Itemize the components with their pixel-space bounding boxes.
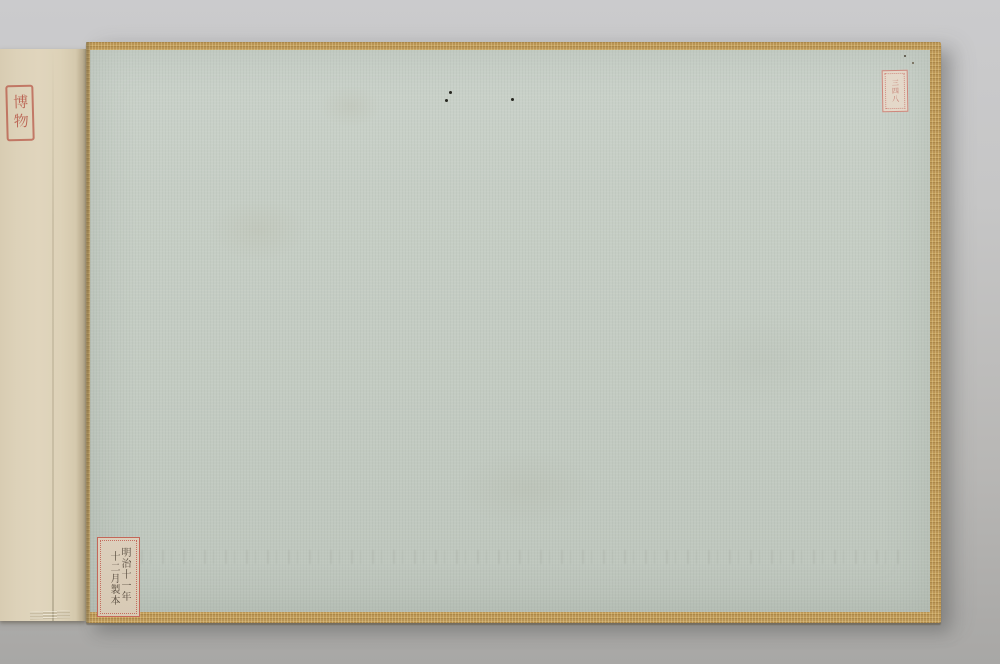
museum-seal-text: 博物 — [12, 94, 28, 132]
binding-label-text: 明治十一年 十二月製本 — [107, 541, 130, 613]
binding-date-label: 明治十一年 十二月製本 — [97, 537, 140, 617]
page-fold-line — [52, 49, 54, 621]
ink-speck — [445, 99, 448, 102]
spine-crease — [86, 42, 91, 623]
dust-speck — [904, 55, 906, 57]
museum-seal-stamp: 博物 — [5, 85, 34, 142]
cover-cloth-surface — [90, 50, 930, 612]
ink-speck — [511, 98, 514, 101]
binding-label-month: 十二月製本 — [108, 541, 118, 613]
page-stack-edges — [30, 610, 70, 619]
photo-background: 博物 三四八 明治十一年 十二月製本 — [0, 0, 1000, 664]
dust-speck — [912, 62, 914, 64]
binding-label-year: 明治十一年 — [119, 541, 129, 613]
inventory-label-text: 三四八 — [891, 79, 898, 103]
album-cover-board — [86, 42, 941, 623]
inventory-label-frame: 三四八 — [885, 73, 906, 109]
showthrough-marks — [120, 550, 900, 564]
inventory-number-label: 三四八 — [882, 70, 909, 112]
binding-label-frame: 明治十一年 十二月製本 — [100, 540, 137, 614]
ink-speck — [449, 91, 452, 94]
